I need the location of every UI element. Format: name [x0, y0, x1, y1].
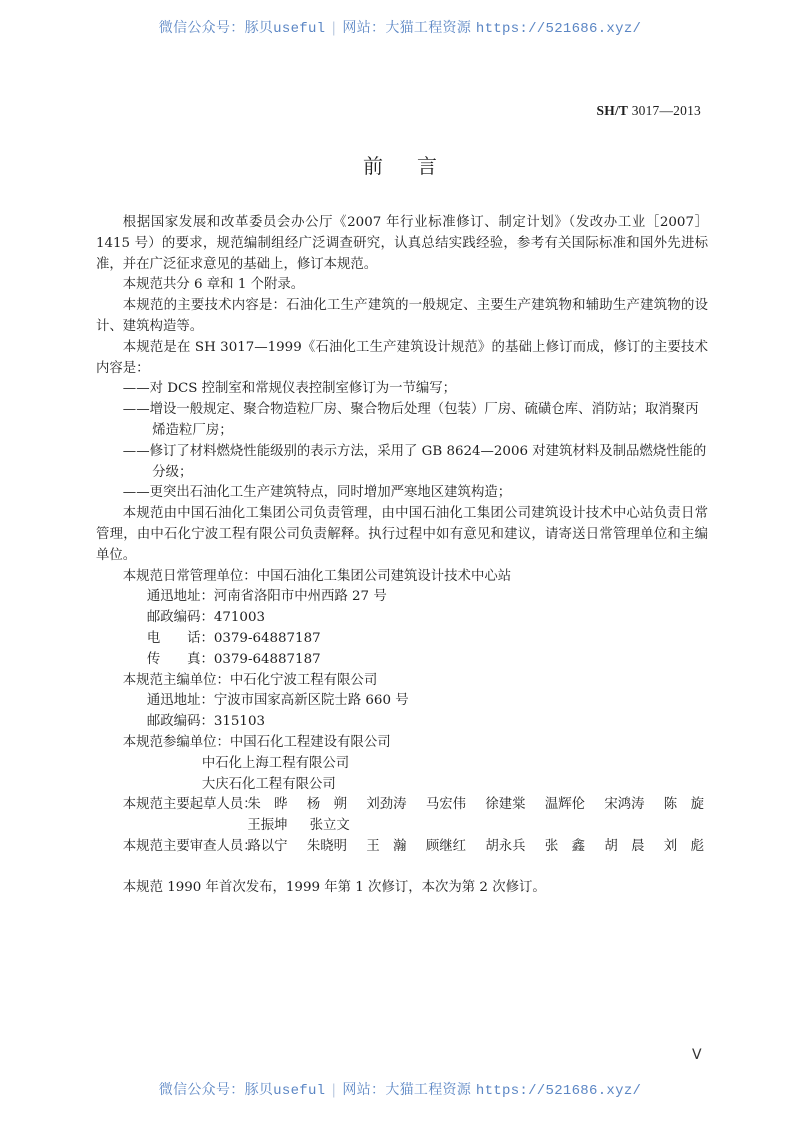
reviewer-name: 朱晓明 — [307, 837, 347, 858]
spacer — [96, 858, 708, 878]
reviewers-list: 本规范主要审查人员： 路以宁 朱晓明 王 瀚 顾继红 胡永兵 张 鑫 胡 晨 刘… — [96, 837, 708, 858]
address-label: 通迅地址： — [147, 587, 214, 608]
change-item: ——更突出石油化工生产建筑特点，同时增加严寒地区建筑构造； — [96, 483, 708, 504]
drafters-label: 本规范主要起草人员： — [96, 795, 247, 816]
participating-unit: 中国石化工程建设有限公司 — [230, 733, 391, 754]
postcode-value: 315103 — [214, 712, 265, 733]
paragraph-history: 本规范 1990 年首次发布，1999 年第 1 次修订，本次为第 2 次修订。 — [96, 878, 708, 899]
foreword-body: 根据国家发展和改革委员会办公厅《2007 年行业标准修订、制定计划》（发改办工业… — [96, 213, 708, 899]
watermark-site-url[interactable]: https://521686.xyz/ — [476, 21, 641, 37]
chief-editor-unit: 本规范主编单位：中石化宁波工程有限公司 — [96, 671, 708, 692]
management-fax: 传 真：0379-64887187 — [96, 650, 708, 671]
paragraph-management: 本规范由中国石油化工集团公司负责管理，由中国石油化工集团公司建筑设计技术中心站负… — [96, 504, 708, 566]
watermark-site-label: 网站：大猫工程资源 — [342, 1082, 471, 1098]
change-item: ——增设一般规定、聚合物造粒厂房、聚合物后处理（包装）厂房、硫磺仓库、消防站；取… — [96, 400, 708, 442]
page-number: V — [692, 1047, 702, 1063]
watermark-wechat-label: 微信公众号：豚贝 — [159, 20, 273, 36]
drafter-name: 张立文 — [310, 816, 350, 837]
management-unit: 本规范日常管理单位：中国石油化工集团公司建筑设计技术中心站 — [96, 567, 708, 588]
drafters-list: 本规范主要起草人员： 朱 晔 杨 朔 刘劲涛 马宏伟 徐建棠 温辉伦 宋鸿涛 陈… — [96, 795, 708, 837]
participating-unit-row: 本规范参编单位：中国石化工程建设有限公司 — [96, 733, 708, 754]
page-title: 前言 — [0, 150, 800, 179]
postcode-value: 471003 — [214, 608, 265, 629]
fax-value: 0379-64887187 — [214, 650, 321, 671]
drafter-name: 马宏伟 — [426, 795, 466, 816]
management-unit-label: 本规范日常管理单位： — [123, 567, 257, 588]
paragraph-structure: 本规范共分 6 章和 1 个附录。 — [96, 275, 708, 296]
watermark-top: 微信公众号：豚贝useful|网站：大猫工程资源 https://521686.… — [0, 17, 800, 37]
participating-unit: 大庆石化工程有限公司 — [202, 775, 336, 796]
reviewer-name: 刘 彪 — [664, 837, 704, 858]
change-item: ——修订了材料燃烧性能级别的表示方法，采用了 GB 8624—2006 对建筑材… — [96, 442, 708, 484]
drafter-name: 温辉伦 — [545, 795, 585, 816]
drafter-name: 徐建棠 — [485, 795, 525, 816]
reviewer-name: 路以宁 — [247, 837, 287, 858]
paragraph-revision-basis: 本规范是在 SH 3017—1999《石油化工生产建筑设计规范》的基础上修订而成… — [96, 338, 708, 380]
watermark-bottom: 微信公众号：豚贝useful|网站：大猫工程资源 https://521686.… — [0, 1079, 800, 1099]
watermark-site-url[interactable]: https://521686.xyz/ — [476, 1083, 641, 1099]
chief-editor-name: 中石化宁波工程有限公司 — [230, 671, 377, 692]
drafter-name: 王振坤 — [247, 816, 287, 837]
change-item: ——对 DCS 控制室和常规仪表控制室修订为一节编写； — [96, 379, 708, 400]
drafter-name: 陈 旋 — [664, 795, 704, 816]
participating-unit-row: 大庆石化工程有限公司 — [96, 775, 708, 796]
watermark-wechat-id: useful — [273, 21, 325, 37]
participating-units: 本规范参编单位：中国石化工程建设有限公司 中石化上海工程有限公司 大庆石化工程有… — [96, 733, 708, 795]
chief-editor-address: 通迅地址：宁波市国家高新区院士路 660 号 — [96, 691, 708, 712]
drafter-name: 朱 晔 — [247, 795, 287, 816]
reviewer-name: 胡永兵 — [485, 837, 525, 858]
reviewer-name: 张 鑫 — [545, 837, 585, 858]
watermark-wechat-label: 微信公众号：豚贝 — [159, 1082, 273, 1098]
reviewer-name: 顾继红 — [426, 837, 466, 858]
watermark-site-label: 网站：大猫工程资源 — [342, 20, 471, 36]
management-unit-name: 中国石油化工集团公司建筑设计技术中心站 — [257, 567, 511, 588]
watermark-divider: | — [331, 20, 336, 36]
participating-unit-row: 中石化上海工程有限公司 — [96, 754, 708, 775]
management-address: 通迅地址：河南省洛阳市中州西路 27 号 — [96, 587, 708, 608]
drafter-name: 刘劲涛 — [366, 795, 406, 816]
drafters-spacer — [96, 816, 247, 837]
chief-editor-label: 本规范主编单位： — [123, 671, 230, 692]
standard-code: SH/T 3017—2013 — [597, 103, 701, 119]
paragraph-basis: 根据国家发展和改革委员会办公厅《2007 年行业标准修订、制定计划》（发改办工业… — [96, 213, 708, 275]
standard-prefix: SH/T — [597, 103, 629, 118]
reviewers-label: 本规范主要审查人员： — [96, 837, 247, 858]
participating-label: 本规范参编单位： — [123, 733, 230, 754]
address-label: 通迅地址： — [147, 691, 214, 712]
postcode-label: 邮政编码： — [147, 712, 214, 733]
paragraph-main-content: 本规范的主要技术内容是：石油化工生产建筑的一般规定、主要生产建筑物和辅助生产建筑… — [96, 296, 708, 338]
address-value: 河南省洛阳市中州西路 27 号 — [214, 587, 387, 608]
phone-label: 电 话： — [147, 629, 214, 650]
address-value: 宁波市国家高新区院士路 660 号 — [214, 691, 409, 712]
management-postcode: 邮政编码：471003 — [96, 608, 708, 629]
participating-unit: 中石化上海工程有限公司 — [202, 754, 349, 775]
drafter-name: 杨 朔 — [307, 795, 347, 816]
management-phone: 电 话：0379-64887187 — [96, 629, 708, 650]
reviewer-name: 王 瀚 — [366, 837, 406, 858]
watermark-wechat-id: useful — [273, 1083, 325, 1099]
drafter-name: 宋鸿涛 — [604, 795, 644, 816]
postcode-label: 邮政编码： — [147, 608, 214, 629]
standard-number: 3017—2013 — [632, 103, 701, 118]
watermark-divider: | — [331, 1082, 336, 1098]
reviewer-name: 胡 晨 — [604, 837, 644, 858]
phone-value: 0379-64887187 — [214, 629, 321, 650]
fax-label: 传 真： — [147, 650, 214, 671]
chief-editor-postcode: 邮政编码：315103 — [96, 712, 708, 733]
